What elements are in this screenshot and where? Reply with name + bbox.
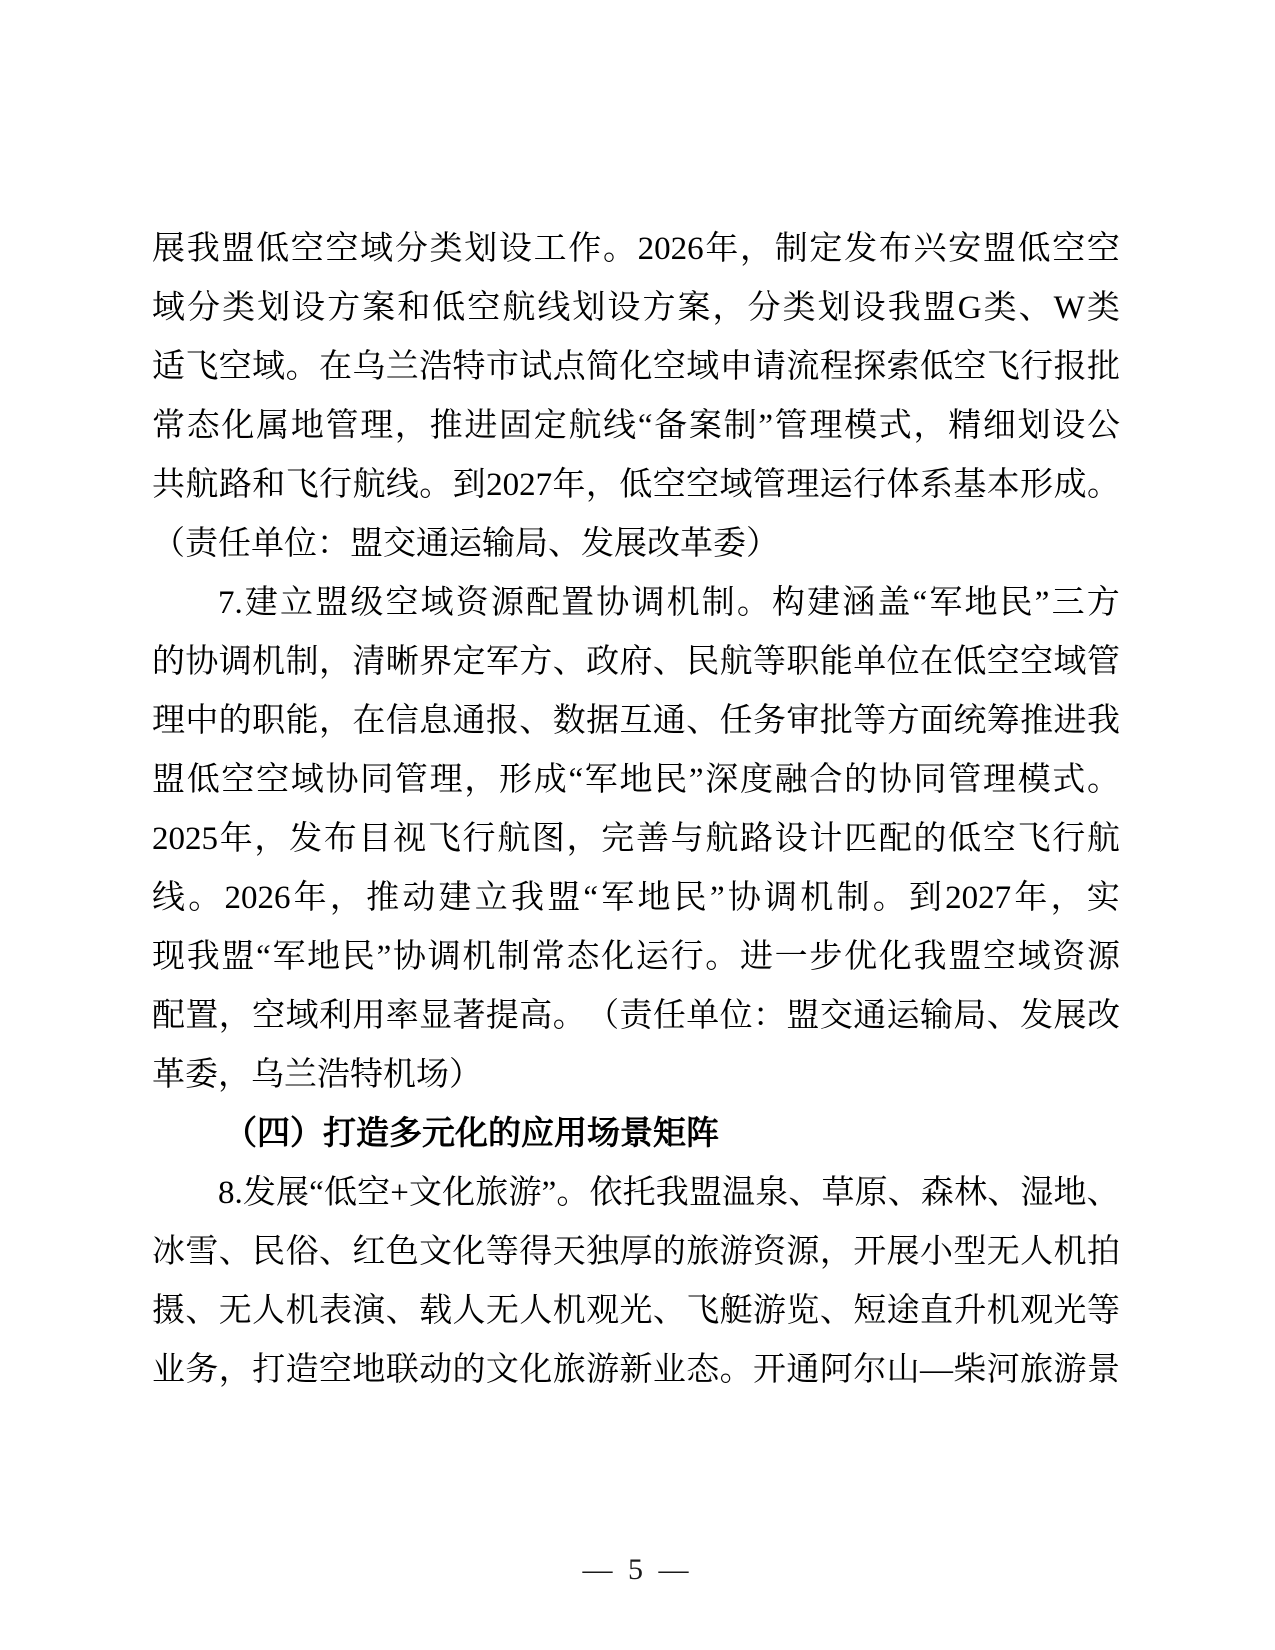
text-line: 2025年，发布目视飞行航图，完善与航路设计匹配的低空飞行航 [152, 810, 1120, 869]
text-line: 摄、无人机表演、载人无人机观光、飞艇游览、短途直升机观光等 [152, 1282, 1120, 1341]
paragraph-start-line: 8.发展“低空+文化旅游”。依托我盟温泉、草原、森林、湿地、 [152, 1164, 1120, 1223]
text-line: 盟低空空域协同管理，形成“军地民”深度融合的协同管理模式。 [152, 751, 1120, 810]
page-number: — 5 — [583, 1553, 693, 1586]
text-line: 适飞空域。在乌兰浩特市试点简化空域申请流程探索低空飞行报批 [152, 338, 1120, 397]
responsibility-unit-line: 革委，乌兰浩特机场） [152, 1046, 1120, 1105]
document-body: 展我盟低空空域分类划设工作。2026年，制定发布兴安盟低空空 域分类划设方案和低… [152, 220, 1120, 1400]
text-line: 理中的职能，在信息通报、数据互通、任务审批等方面统筹推进我 [152, 692, 1120, 751]
section-heading: （四）打造多元化的应用场景矩阵 [152, 1105, 1120, 1164]
text-line: 冰雪、民俗、红色文化等得天独厚的旅游资源，开展小型无人机拍 [152, 1223, 1120, 1282]
text-line: 展我盟低空空域分类划设工作。2026年，制定发布兴安盟低空空 [152, 220, 1120, 279]
responsibility-unit-line: （责任单位：盟交通运输局、发展改革委） [152, 515, 1120, 574]
text-line: 配置，空域利用率显著提高。（责任单位：盟交通运输局、发展改 [152, 987, 1120, 1046]
page-footer: — 5 — [0, 1545, 1275, 1595]
paragraph-start-line: 7.建立盟级空域资源配置协调机制。构建涵盖“军地民”三方 [152, 574, 1120, 633]
text-line: 域分类划设方案和低空航线划设方案，分类划设我盟G类、W类 [152, 279, 1120, 338]
document-page: 展我盟低空空域分类划设工作。2026年，制定发布兴安盟低空空 域分类划设方案和低… [0, 0, 1275, 1650]
text-line: 的协调机制，清晰界定军方、政府、民航等职能单位在低空空域管 [152, 633, 1120, 692]
text-line: 线。2026年，推动建立我盟“军地民”协调机制。到2027年，实 [152, 869, 1120, 928]
text-line: 业务，打造空地联动的文化旅游新业态。开通阿尔山—柴河旅游景 [152, 1341, 1120, 1400]
text-line: 共航路和飞行航线。到2027年，低空空域管理运行体系基本形成。 [152, 456, 1120, 515]
text-line: 现我盟“军地民”协调机制常态化运行。进一步优化我盟空域资源 [152, 928, 1120, 987]
text-line: 常态化属地管理，推进固定航线“备案制”管理模式，精细划设公 [152, 397, 1120, 456]
